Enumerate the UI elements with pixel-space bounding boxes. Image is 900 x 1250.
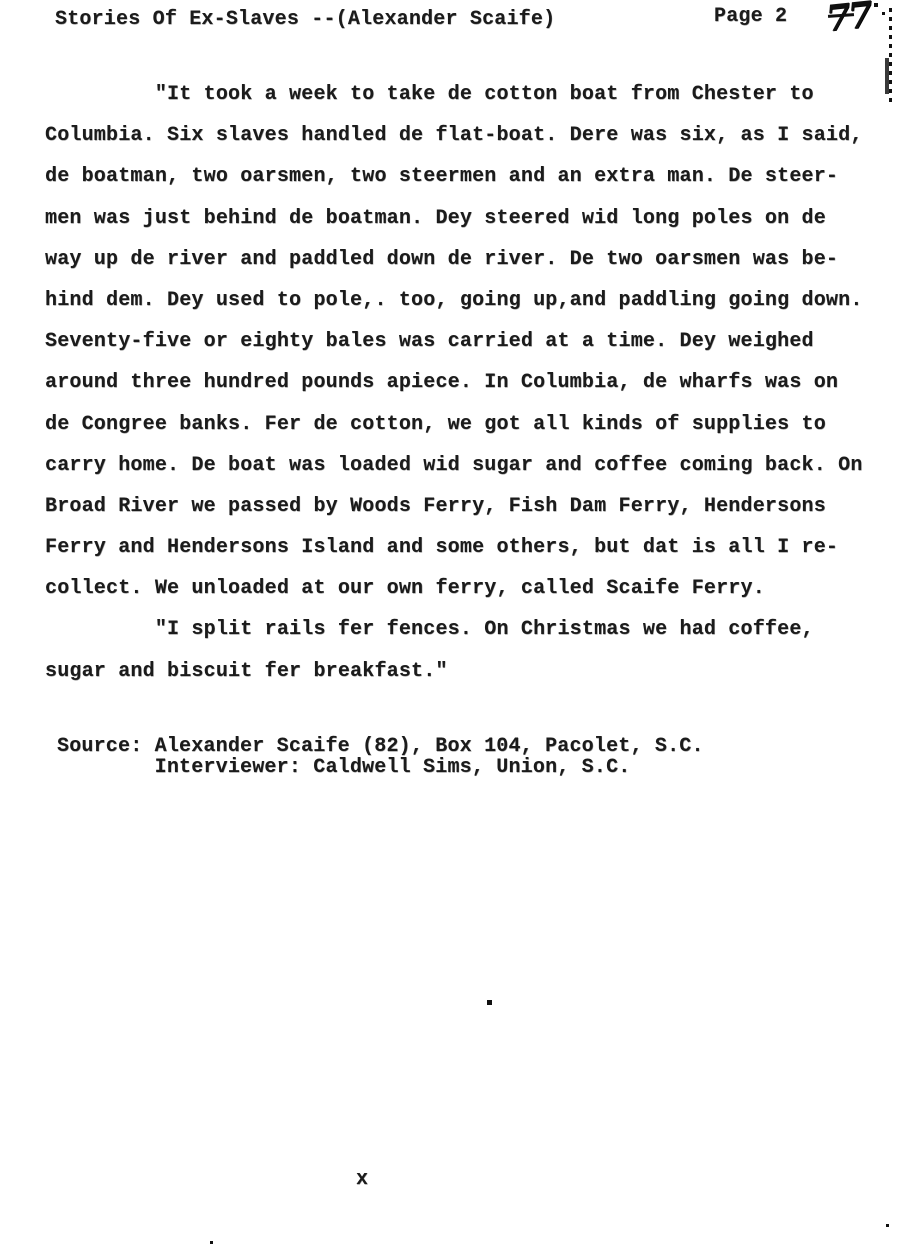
typed-line: sugar and biscuit fer breakfast.": [45, 651, 865, 692]
scan-edge-bar: [885, 58, 889, 94]
typed-line: Columbia. Six slaves handled de flat-boa…: [45, 115, 865, 156]
typed-line: de Congree banks. Fer de cotton, we got …: [45, 404, 865, 445]
source-attribution: Source: Alexander Scaife (82), Box 104, …: [57, 736, 704, 778]
typed-line: Ferry and Hendersons Island and some oth…: [45, 527, 865, 568]
typed-line: carry home. De boat was loaded wid sugar…: [45, 445, 865, 486]
typed-line: men was just behind de boatman. Dey stee…: [45, 198, 865, 239]
interviewer-line: Interviewer: Caldwell Sims, Union, S.C.: [57, 757, 704, 778]
handwritten-page-number: 77: [824, 0, 872, 40]
scan-speck: [754, 91, 757, 93]
typed-line: "I split rails fer fences. On Christmas …: [45, 609, 865, 650]
narrative-body: "It took a week to take de cotton boat f…: [45, 74, 865, 692]
typed-line: way up de river and paddled down de rive…: [45, 239, 865, 280]
scan-speck: [882, 12, 885, 15]
typed-line: "It took a week to take de cotton boat f…: [45, 74, 865, 115]
typed-line: around three hundred pounds apiece. In C…: [45, 362, 865, 403]
typed-line: Broad River we passed by Woods Ferry, Fi…: [45, 486, 865, 527]
scan-speck: [874, 3, 878, 7]
scan-speck: [886, 1224, 889, 1227]
typed-line: Seventy-five or eighty bales was carried…: [45, 321, 865, 362]
document-title: Stories Of Ex-Slaves --(Alexander Scaife…: [55, 8, 555, 31]
page-number-label: Page 2: [714, 5, 787, 28]
typed-line: collect. We unloaded at our own ferry, c…: [45, 568, 865, 609]
source-line: Source: Alexander Scaife (82), Box 104, …: [57, 736, 704, 757]
typed-line: hind dem. Dey used to pole,. too, going …: [45, 280, 865, 321]
scan-speck: [210, 1241, 213, 1244]
typed-line: de boatman, two oarsmen, two steermen an…: [45, 156, 865, 197]
scanned-document-page: Stories Of Ex-Slaves --(Alexander Scaife…: [0, 0, 900, 1250]
scan-edge-dashes: [889, 8, 892, 106]
stray-x-mark: x: [356, 1168, 368, 1191]
scan-speck: [487, 1000, 492, 1005]
